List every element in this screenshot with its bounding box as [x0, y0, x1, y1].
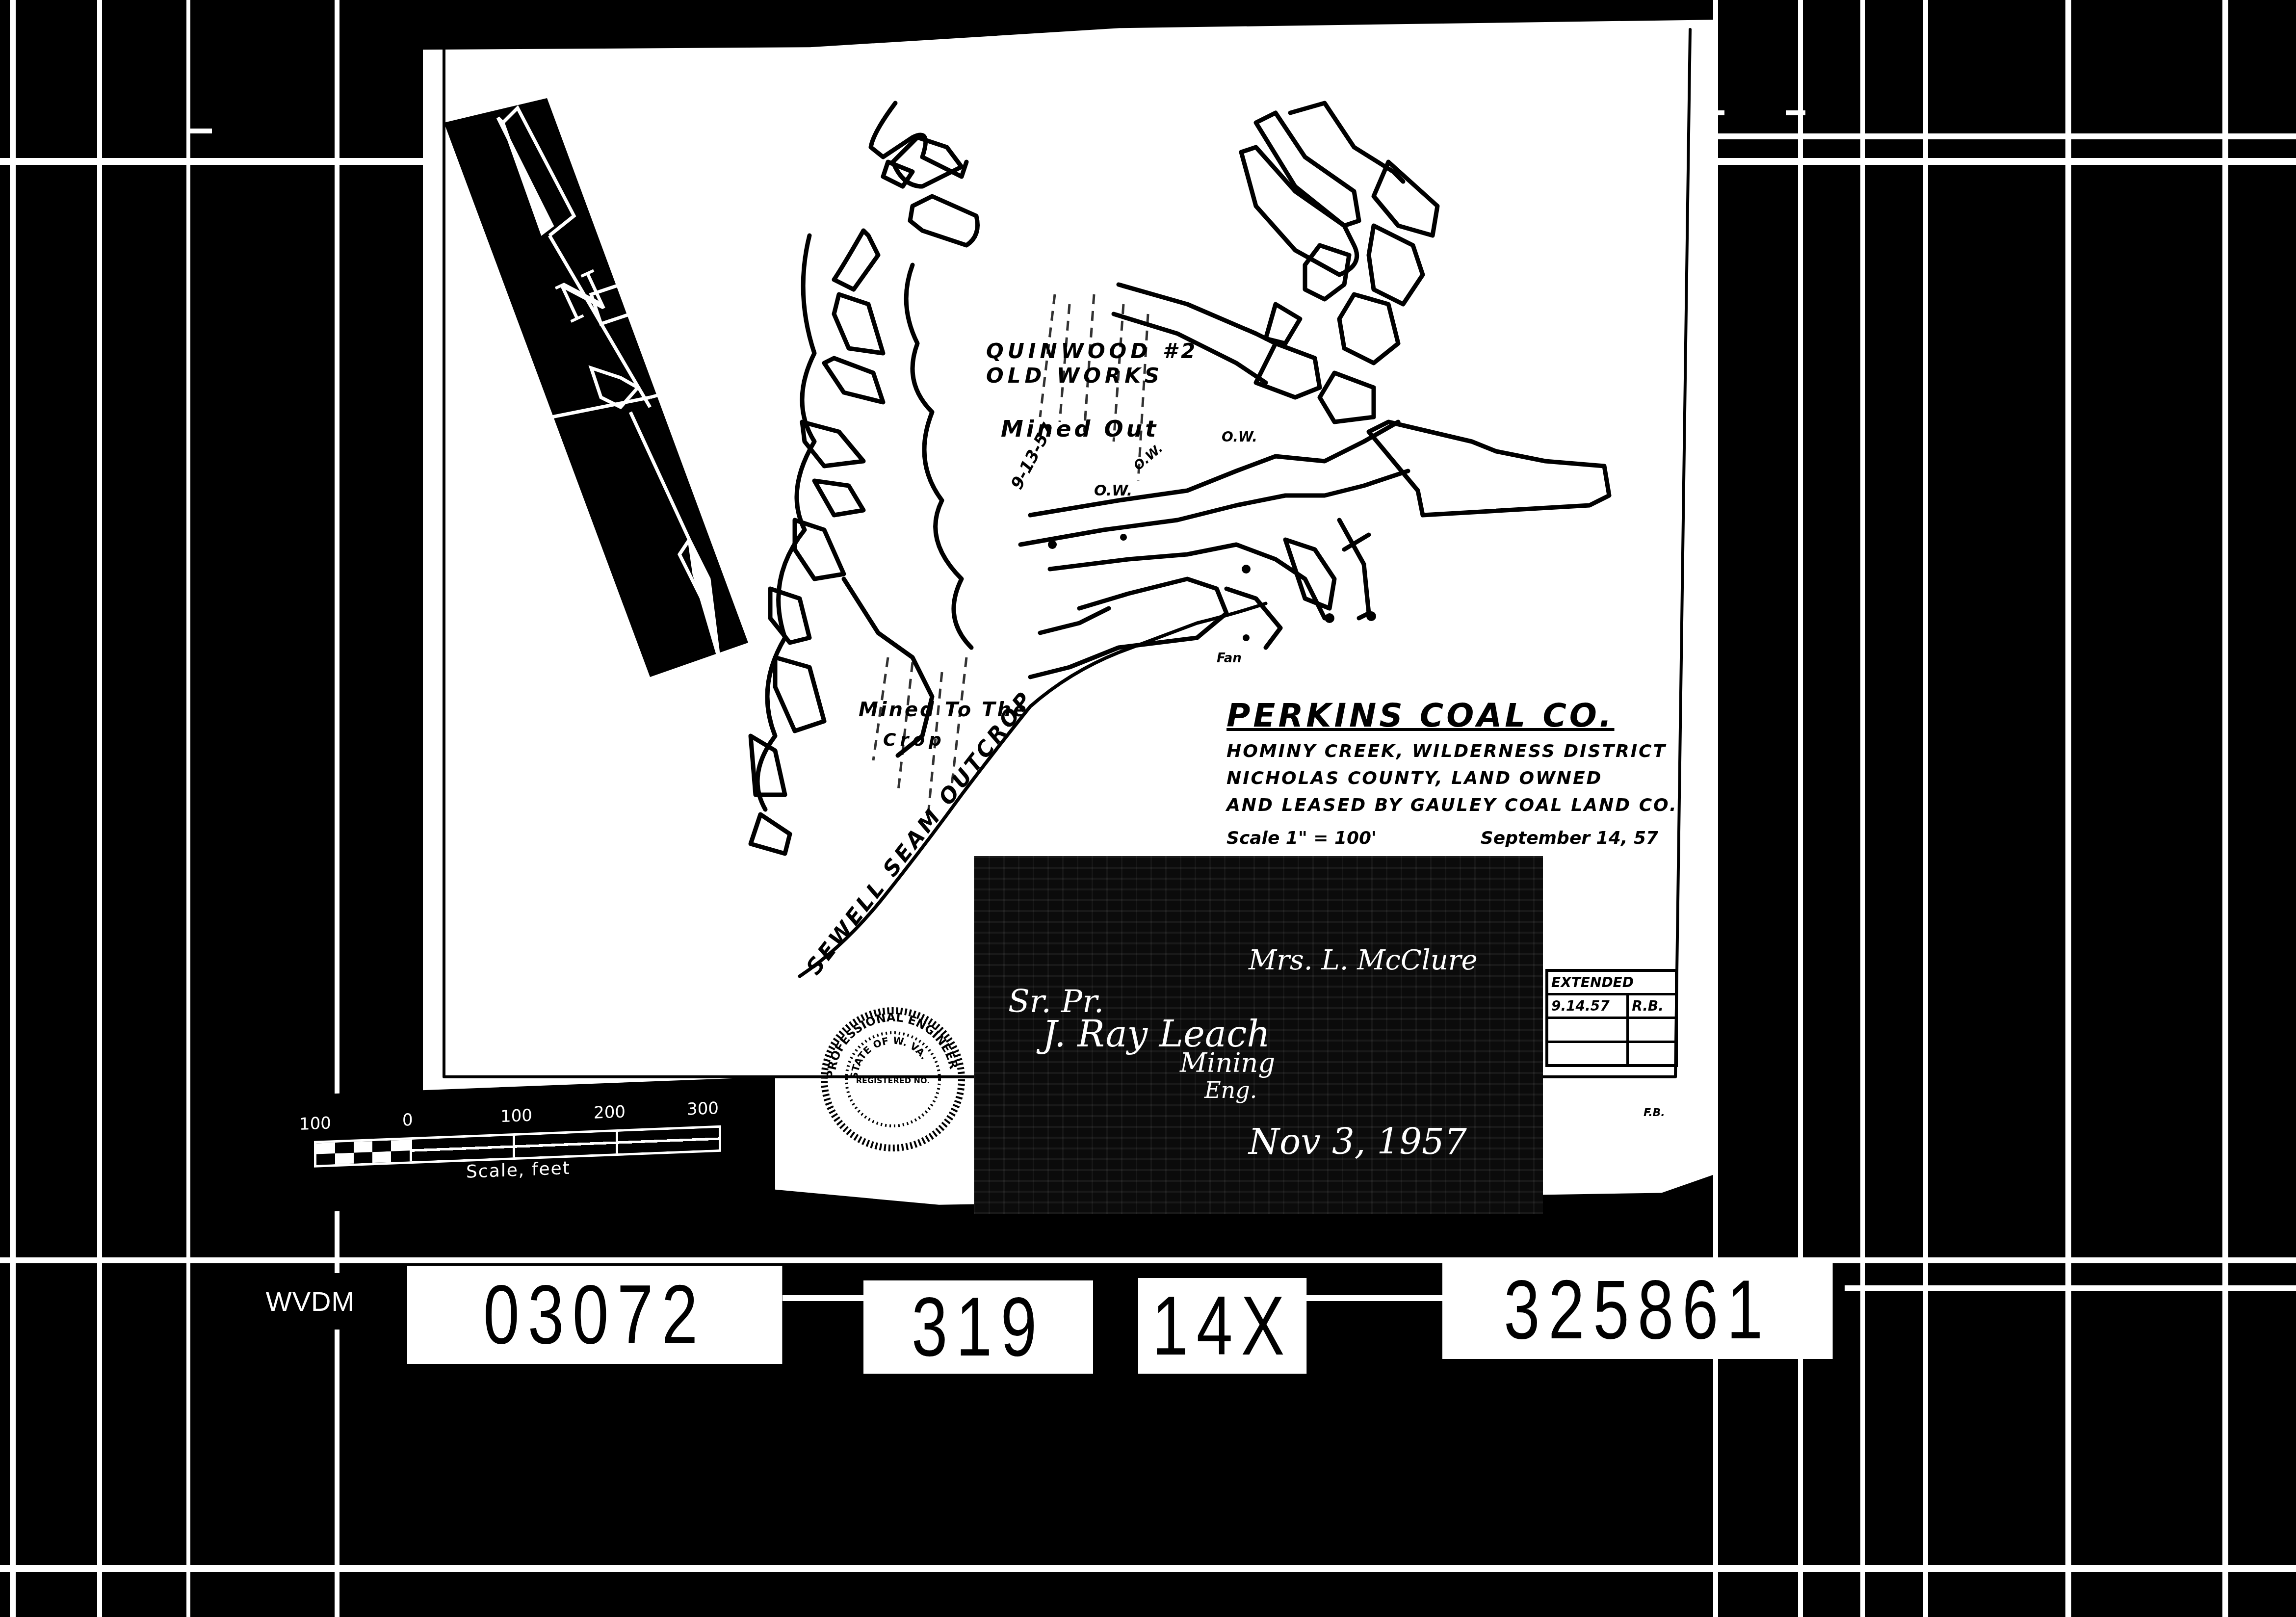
mine-workings: QUINWOOD #2 OLD WORKS Mined Out 9-13-57 …	[0, 0, 2296, 1617]
map-scale-text: Scale 1" = 100'	[1226, 828, 1377, 848]
label-old-works: OLD WORKS	[986, 364, 1163, 388]
scale-bar: 100 0 100 200 300 Scale, feet	[255, 1077, 775, 1215]
certification-stamp: Mrs. L. McClure Sr. Pr. J. Ray Leach Min…	[974, 856, 1543, 1214]
signature-4: Mining	[1180, 1047, 1275, 1078]
film-number-1: 03072	[407, 1266, 782, 1364]
scale-tick: 200	[594, 1102, 626, 1122]
label-ow-3: O.W.	[1222, 429, 1257, 445]
north-arrow-icon: N	[444, 93, 758, 702]
label-mined-out: Mined Out	[1001, 416, 1159, 442]
signature-5: Eng.	[1204, 1077, 1257, 1103]
label-quinwood: QUINWOOD #2	[986, 339, 1199, 363]
title-line-2: NICHOLAS COUNTY, LAND OWNED	[1226, 768, 1668, 788]
extension-initials: R.B.	[1628, 994, 1676, 1018]
company-name: PERKINS COAL CO.	[1226, 697, 1668, 734]
certification-date: Nov 3, 1957	[1249, 1121, 1467, 1162]
film-number-3: 14X	[1138, 1278, 1306, 1374]
extension-date	[1547, 1018, 1628, 1042]
scale-tick: 0	[402, 1110, 413, 1130]
scale-tick: 100	[299, 1113, 331, 1134]
title-block: PERKINS COAL CO. HOMINY CREEK, WILDERNES…	[1226, 697, 1668, 848]
engineer-seal-icon: PROFESSIONAL ENGINEER STATE OF W. VA. RE…	[819, 1006, 966, 1153]
extension-initials	[1628, 1018, 1676, 1042]
extension-table: EXTENDED 9.14.57 R.B.	[1545, 969, 1678, 1067]
svg-text:STATE OF W. VA.: STATE OF W. VA.	[848, 1034, 930, 1079]
seal-center-text: REGISTERED NO.	[856, 1076, 930, 1085]
extension-header: EXTENDED	[1547, 970, 1676, 994]
title-line-3: AND LEASED BY GAULEY COAL LAND CO.	[1226, 795, 1668, 815]
film-prefix: WVDM	[226, 1273, 395, 1330]
signature-1: Mrs. L. McClure	[1249, 944, 1478, 976]
film-number-2: 319	[863, 1280, 1093, 1374]
map-date-text: September 14, 57	[1481, 828, 1658, 848]
extension-date: 9.14.57	[1547, 994, 1628, 1018]
title-line-1: HOMINY CREEK, WILDERNESS DISTRICT	[1226, 741, 1668, 761]
scale-caption: Scale, feet	[466, 1158, 571, 1182]
label-crop: Crop	[883, 730, 945, 750]
film-number-4: 325861	[1442, 1261, 1833, 1359]
scale-tick: 300	[687, 1098, 719, 1119]
scale-tick: 100	[500, 1106, 532, 1126]
extension-initials	[1628, 1042, 1676, 1066]
seal-inner-text: STATE OF W. VA.	[848, 1034, 930, 1079]
corner-mark: F.B.	[1644, 1107, 1665, 1119]
label-ow-1: O.W.	[1094, 482, 1132, 499]
label-ow-2: O.W.	[1131, 441, 1166, 474]
extension-date	[1547, 1042, 1628, 1066]
label-fan: Fan	[1217, 651, 1242, 666]
